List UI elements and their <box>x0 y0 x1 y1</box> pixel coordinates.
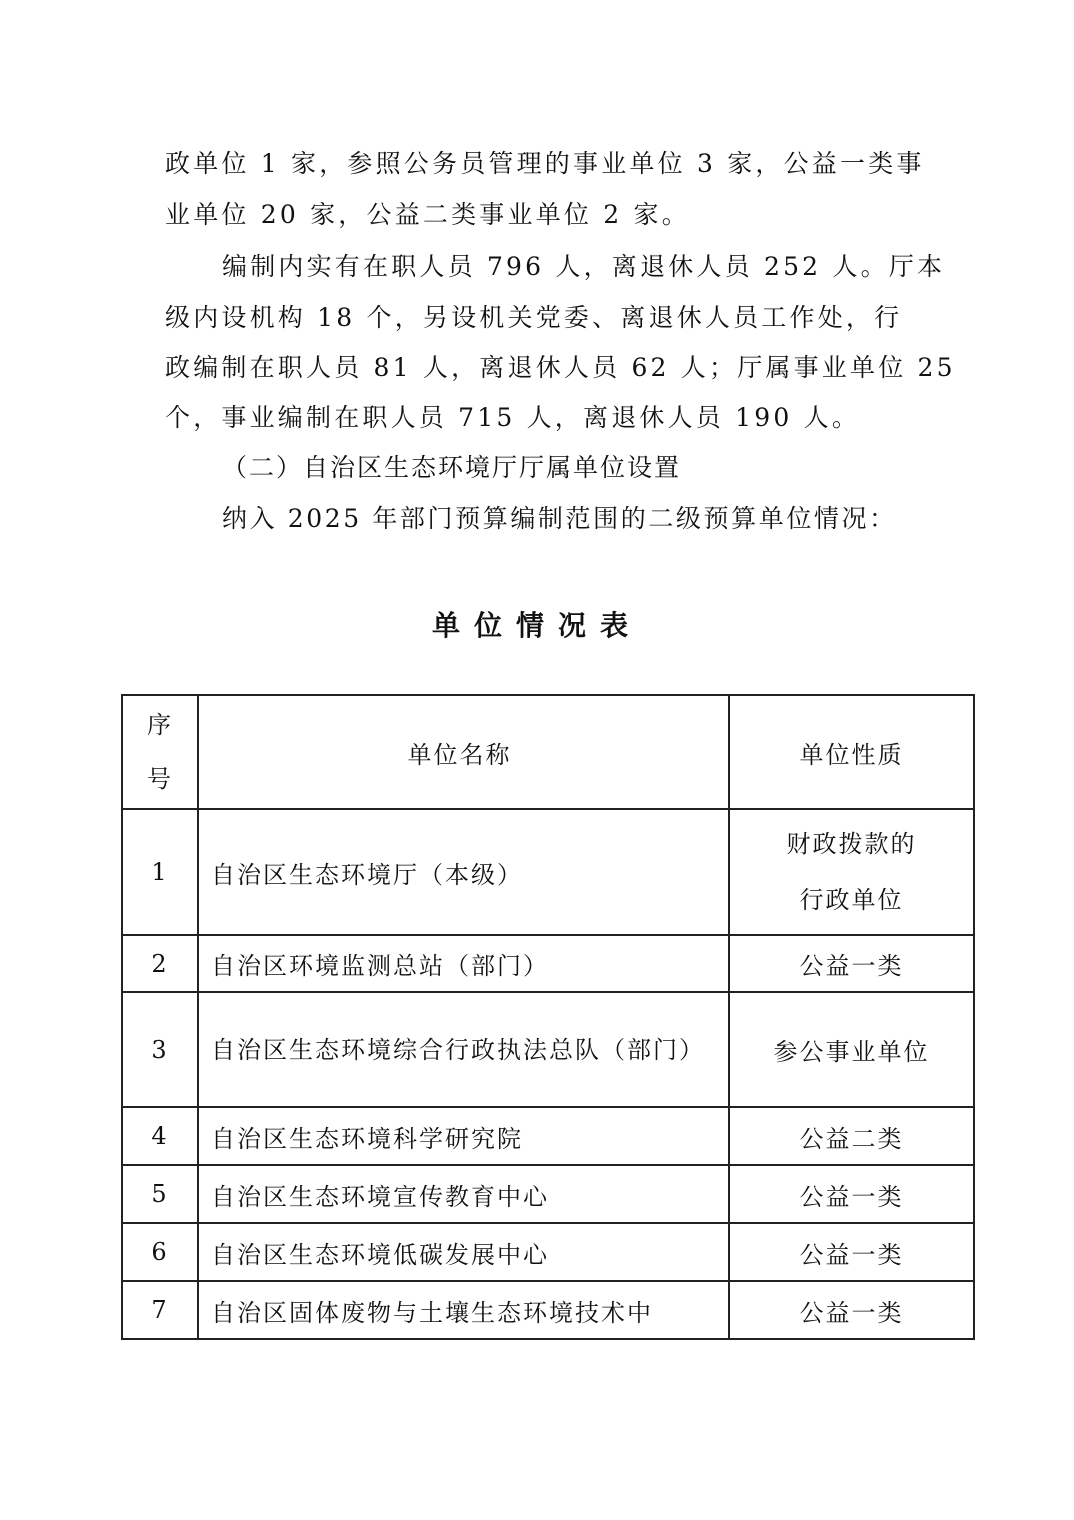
row-index: 4 <box>122 1107 198 1165</box>
row-name: 自治区生态环境低碳发展中心 <box>198 1223 729 1281</box>
paragraph-line: 个，事业编制在职人员 715 人，离退休人员 190 人。 <box>165 402 915 434</box>
row-type: 公益一类 <box>729 935 974 992</box>
paragraph-line: 业单位 20 家，公益二类事业单位 2 家。 <box>165 199 915 231</box>
table-row: 1 自治区生态环境厅（本级） 财政拨款的 行政单位 <box>122 809 974 935</box>
row-type: 公益二类 <box>729 1107 974 1165</box>
row-index: 3 <box>122 992 198 1107</box>
row-name: 自治区生态环境厅（本级） <box>198 809 729 935</box>
header-index-top: 序 <box>123 698 197 752</box>
row-type: 公益一类 <box>729 1223 974 1281</box>
table-row: 3 自治区生态环境综合行政执法总队（部门） 参公事业单位 <box>122 992 974 1107</box>
row-type-line: 行政单位 <box>730 872 973 928</box>
table-title: 单位情况表 <box>0 604 1074 644</box>
paragraph-intro: 纳入 2025 年部门预算编制范围的二级预算单位情况： <box>222 503 972 535</box>
row-index: 1 <box>122 809 198 935</box>
row-index: 2 <box>122 935 198 992</box>
header-index-bottom: 号 <box>123 752 197 806</box>
section-heading: （二）自治区生态环境厅厅属单位设置 <box>222 452 972 484</box>
table-header-row: 序 号 单位名称 单位性质 <box>122 695 974 809</box>
table-row: 6 自治区生态环境低碳发展中心 公益一类 <box>122 1223 974 1281</box>
row-type: 参公事业单位 <box>729 992 974 1107</box>
paragraph-line: 政单位 1 家，参照公务员管理的事业单位 3 家，公益一类事 <box>165 148 915 180</box>
row-name: 自治区固体废物与土壤生态环境技术中 <box>198 1281 729 1339</box>
units-table: 序 号 单位名称 单位性质 1 自治区生态环境厅（本级） 财政拨款的 行政单位 … <box>121 694 975 1340</box>
row-index: 5 <box>122 1165 198 1223</box>
row-index: 7 <box>122 1281 198 1339</box>
table-row: 7 自治区固体废物与土壤生态环境技术中 公益一类 <box>122 1281 974 1339</box>
row-name: 自治区环境监测总站（部门） <box>198 935 729 992</box>
row-name: 自治区生态环境宣传教育中心 <box>198 1165 729 1223</box>
table-row: 2 自治区环境监测总站（部门） 公益一类 <box>122 935 974 992</box>
header-index: 序 号 <box>122 695 198 809</box>
row-type: 公益一类 <box>729 1165 974 1223</box>
row-type-line: 财政拨款的 <box>730 816 973 872</box>
paragraph-line: 编制内实有在职人员 796 人，离退休人员 252 人。厅本 <box>222 251 972 283</box>
row-name: 自治区生态环境综合行政执法总队（部门） <box>198 992 729 1107</box>
table-row: 5 自治区生态环境宣传教育中心 公益一类 <box>122 1165 974 1223</box>
paragraph-line: 级内设机构 18 个，另设机关党委、离退休人员工作处，行 <box>165 302 915 334</box>
header-name: 单位名称 <box>198 695 729 809</box>
header-type: 单位性质 <box>729 695 974 809</box>
table-row: 4 自治区生态环境科学研究院 公益二类 <box>122 1107 974 1165</box>
row-type: 公益一类 <box>729 1281 974 1339</box>
paragraph-line: 政编制在职人员 81 人，离退休人员 62 人；厅属事业单位 25 <box>165 352 915 384</box>
row-type: 财政拨款的 行政单位 <box>729 809 974 935</box>
row-index: 6 <box>122 1223 198 1281</box>
row-name: 自治区生态环境科学研究院 <box>198 1107 729 1165</box>
